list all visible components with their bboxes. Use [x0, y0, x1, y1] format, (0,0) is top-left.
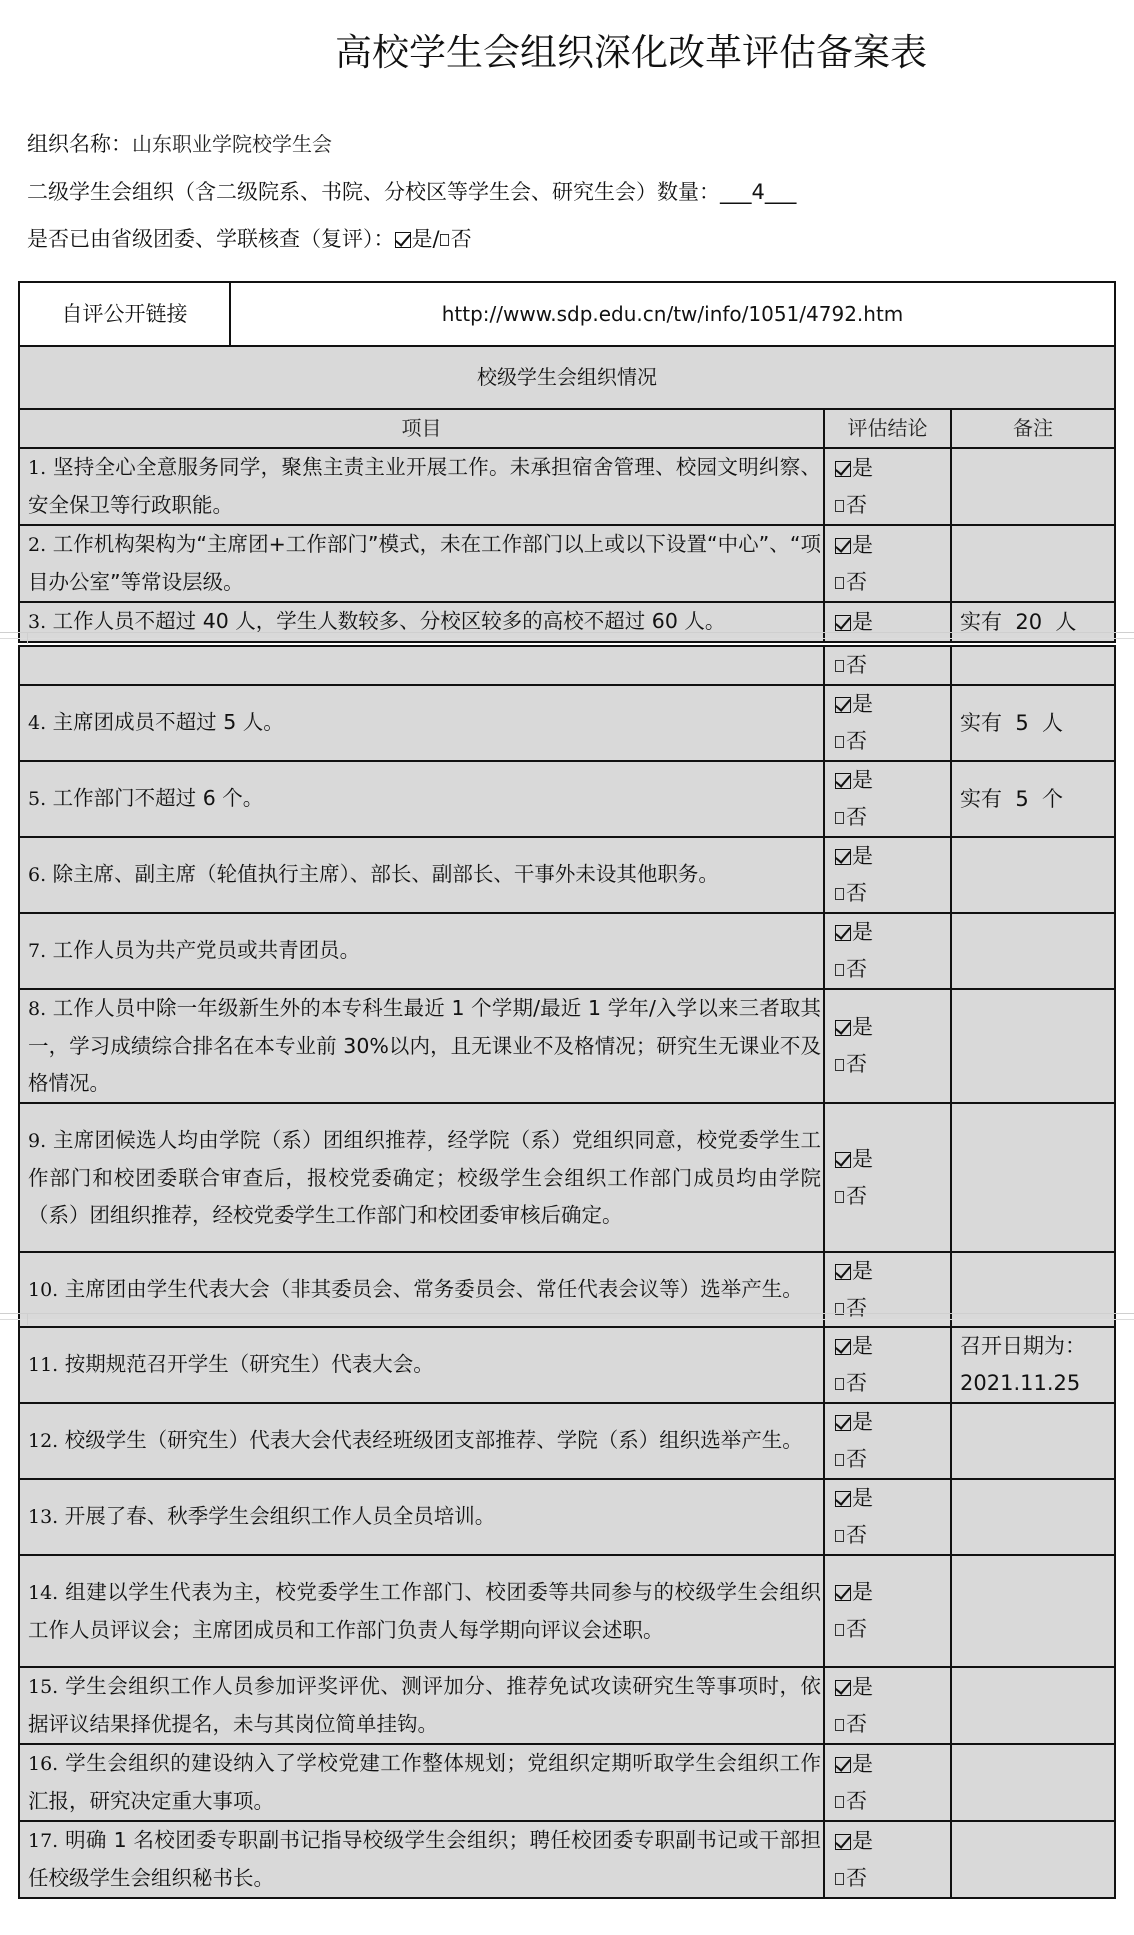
no-checkbox-empty-icon[interactable]	[835, 736, 844, 748]
item-eval: 是 否	[824, 525, 951, 602]
item-eval: 否	[824, 646, 951, 685]
item-description: 校级学生（研究生）代表大会代表经班级团支部推荐、学院（系）组织选举产生。	[65, 1428, 803, 1452]
yes-checkbox-checked-icon[interactable]	[835, 461, 851, 477]
table-row-item-12: 12. 校级学生（研究生）代表大会代表经班级团支部推荐、学院（系）组织选举产生。…	[19, 1403, 1115, 1479]
item-description: 学生会组织的建设纳入了学校党建工作整体规划；党组织定期听取学生会组织工作汇报，研…	[28, 1751, 821, 1813]
item-note	[951, 1744, 1115, 1821]
link-url[interactable]: http://www.sdp.edu.cn/tw/info/1051/4792.…	[230, 282, 1115, 346]
item-eval: 是 否	[824, 761, 951, 837]
item-text: 6. 除主席、副主席（轮值执行主席）、部长、副部长、干事外未设其他职务。	[19, 837, 824, 913]
item-text: 12. 校级学生（研究生）代表大会代表经班级团支部推荐、学院（系）组织选举产生。	[19, 1403, 824, 1479]
item-number: 10.	[28, 1279, 58, 1301]
yes-label: 是	[852, 1410, 873, 1434]
item-number: 14.	[28, 1582, 58, 1604]
table-row-item-15: 15. 学生会组织工作人员参加评奖评优、测评加分、推荐免试攻读研究生等事项时，依…	[19, 1667, 1115, 1744]
item-note: 实有 5 人	[951, 685, 1115, 761]
item-eval: 是 否	[824, 1479, 951, 1555]
no-checkbox-empty-icon[interactable]	[835, 1454, 844, 1466]
no-label: 否	[846, 1617, 867, 1641]
no-label: 否	[846, 1866, 867, 1890]
evaluation-table-page2: 否 4. 主席团成员不超过 5 人。 是 否 实有 5 人 5. 工作部门不超过…	[18, 645, 1116, 1329]
table-row-item-8: 8. 工作人员中除一年级新生外的本专科生最近 1 个学期/最近 1 学年/入学以…	[19, 989, 1115, 1103]
org-name-line: 组织名称：山东职业学院校学生会	[27, 128, 332, 158]
no-label: 否	[846, 805, 867, 829]
yes-label: 是	[852, 920, 873, 944]
yes-checkbox-checked-icon[interactable]	[835, 1339, 851, 1355]
item-note	[951, 1821, 1115, 1898]
no-checkbox-empty-icon[interactable]	[835, 1624, 844, 1636]
table-row-item-11: 11. 按期规范召开学生（研究生）代表大会。 是 否 召开日期为： 2021.1…	[19, 1327, 1115, 1403]
table-row-item-14: 14. 组建以学生代表为主，校党委学生工作部门、校团委等共同参与的校级学生会组织…	[19, 1555, 1115, 1667]
secondary-count-value: 4	[752, 180, 765, 204]
yes-checkbox-checked-icon[interactable]	[835, 1415, 851, 1431]
no-checkbox-empty-icon[interactable]	[835, 888, 844, 900]
yes-label: 是	[852, 1752, 873, 1776]
yes-checkbox-checked-icon[interactable]	[835, 1020, 851, 1036]
no-checkbox-empty-icon[interactable]	[835, 500, 844, 512]
item-description: 按期规范召开学生（研究生）代表大会。	[65, 1352, 434, 1376]
yes-checkbox-checked-icon[interactable]	[835, 1491, 851, 1507]
item-number: 5.	[28, 788, 46, 810]
link-label: 自评公开链接	[19, 282, 230, 346]
no-label: 否	[846, 1052, 867, 1076]
secondary-count-blank-left: ___	[720, 180, 752, 204]
header-eval: 评估结论	[824, 409, 951, 448]
table-row-item-16: 16. 学生会组织的建设纳入了学校党建工作整体规划；党组织定期听取学生会组织工作…	[19, 1744, 1115, 1821]
item-eval: 是 否	[824, 1403, 951, 1479]
no-checkbox-empty-icon[interactable]	[835, 660, 844, 672]
item-note	[951, 989, 1115, 1103]
yes-checkbox-checked-icon[interactable]	[835, 1585, 851, 1601]
yes-checkbox-checked-icon[interactable]	[835, 1152, 851, 1168]
item-text: 9. 主席团候选人均由学院（系）团组织推荐，经学院（系）党组织同意，校党委学生工…	[19, 1103, 824, 1252]
yes-checkbox-checked-icon[interactable]	[835, 1680, 851, 1696]
header-item: 项目	[19, 409, 824, 448]
item-description: 工作人员不超过 40 人，学生人数较多、分校区较多的高校不超过 60 人。	[53, 609, 726, 633]
no-checkbox-empty-icon[interactable]	[835, 1378, 844, 1390]
item-eval: 是 否	[824, 1744, 951, 1821]
table-row-item-4: 4. 主席团成员不超过 5 人。 是 否 实有 5 人	[19, 685, 1115, 761]
item-note	[951, 646, 1115, 685]
no-label: 否	[846, 1447, 867, 1471]
item-description: 工作部门不超过 6 个。	[53, 786, 264, 810]
item-text-continued	[19, 646, 824, 685]
item-text: 4. 主席团成员不超过 5 人。	[19, 685, 824, 761]
no-label: 否	[846, 729, 867, 753]
item-eval: 是 否	[824, 913, 951, 989]
no-checkbox-empty-icon[interactable]	[835, 1873, 844, 1885]
item-number: 17.	[28, 1830, 58, 1852]
no-checkbox-empty-icon[interactable]	[835, 1719, 844, 1731]
item-number: 15.	[28, 1676, 58, 1698]
yes-checkbox-checked-icon[interactable]	[835, 538, 851, 554]
item-text: 8. 工作人员中除一年级新生外的本专科生最近 1 个学期/最近 1 学年/入学以…	[19, 989, 824, 1103]
item-number: 7.	[28, 940, 46, 962]
table-row-item-17: 17. 明确 1 名校团委专职副书记指导校级学生会组织；聘任校团委专职副书记或干…	[19, 1821, 1115, 1898]
yes-label: 是	[852, 844, 873, 868]
table-row-item-13: 13. 开展了春、秋季学生会组织工作人员全员培训。 是 否	[19, 1479, 1115, 1555]
section-title: 校级学生会组织情况	[19, 346, 1115, 409]
yes-label: 是	[852, 1147, 873, 1171]
yes-label: 是	[852, 1829, 873, 1853]
item-note	[951, 1667, 1115, 1744]
item-description: 学生会组织工作人员参加评奖评优、测评加分、推荐免试攻读研究生等事项时，依据评议结…	[28, 1674, 821, 1736]
no-label: 否	[846, 957, 867, 981]
no-checkbox-empty-icon[interactable]	[835, 1191, 844, 1203]
yes-label: 是	[852, 1580, 873, 1604]
item-text: 1. 坚持全心全意服务同学，聚焦主责主业开展工作。未承担宿舍管理、校园文明纠察、…	[19, 448, 824, 525]
review-yes-checkbox-checked-icon[interactable]	[395, 232, 411, 248]
evaluation-table-page1: 自评公开链接 http://www.sdp.edu.cn/tw/info/105…	[18, 281, 1116, 643]
yes-checkbox-checked-icon[interactable]	[835, 849, 851, 865]
yes-checkbox-checked-icon[interactable]	[835, 1264, 851, 1280]
review-yes-label: 是	[412, 227, 433, 251]
review-label: 是否已由省级团委、学联核查（复评）：	[27, 227, 395, 251]
yes-label: 是	[852, 1486, 873, 1510]
item-text: 5. 工作部门不超过 6 个。	[19, 761, 824, 837]
header-note: 备注	[951, 409, 1115, 448]
item-note	[951, 1403, 1115, 1479]
item-description: 工作人员中除一年级新生外的本专科生最近 1 个学期/最近 1 学年/入学以来三者…	[28, 996, 821, 1095]
item-number: 12.	[28, 1430, 58, 1452]
no-checkbox-empty-icon[interactable]	[835, 812, 844, 824]
item-description: 开展了春、秋季学生会组织工作人员全员培训。	[65, 1504, 496, 1528]
item-note	[951, 913, 1115, 989]
table-row-item-5: 5. 工作部门不超过 6 个。 是 否 实有 5 个	[19, 761, 1115, 837]
item-number: 13.	[28, 1506, 58, 1528]
item-number: 1.	[28, 457, 46, 479]
item-description: 主席团成员不超过 5 人。	[53, 710, 284, 734]
item-note: 召开日期为： 2021.11.25	[951, 1327, 1115, 1403]
yes-label: 是	[852, 1259, 873, 1283]
item-description: 主席团候选人均由学院（系）团组织推荐，经学院（系）党组织同意，校党委学生工作部门…	[28, 1128, 821, 1227]
page-break-separator	[0, 632, 1134, 644]
item-note	[951, 1479, 1115, 1555]
yes-label: 是	[852, 1015, 873, 1039]
secondary-count-label: 二级学生会组织（含二级院系、书院、分校区等学生会、研究生会）数量：	[27, 180, 720, 204]
item-number: 9.	[28, 1130, 46, 1152]
no-label: 否	[846, 1523, 867, 1547]
item-text: 14. 组建以学生代表为主，校党委学生工作部门、校团委等共同参与的校级学生会组织…	[19, 1555, 824, 1667]
table-row-item-1: 1. 坚持全心全意服务同学，聚焦主责主业开展工作。未承担宿舍管理、校园文明纠察、…	[19, 448, 1115, 525]
item-note: 实有 5 个	[951, 761, 1115, 837]
page-break-separator	[0, 1313, 1134, 1325]
item-note	[951, 1555, 1115, 1667]
no-checkbox-empty-icon[interactable]	[835, 577, 844, 589]
item-note	[951, 837, 1115, 913]
item-eval: 是 否	[824, 1555, 951, 1667]
yes-label: 是	[852, 768, 873, 792]
item-number: 6.	[28, 864, 46, 886]
no-label: 否	[846, 653, 867, 677]
item-number: 8.	[28, 998, 46, 1020]
item-text: 7. 工作人员为共产党员或共青团员。	[19, 913, 824, 989]
no-label: 否	[846, 493, 867, 517]
item-description: 明确 1 名校团委专职副书记指导校级学生会组织；聘任校团委专职副书记或干部担任校…	[28, 1828, 821, 1890]
no-label: 否	[846, 1184, 867, 1208]
no-checkbox-empty-icon[interactable]	[835, 1530, 844, 1542]
item-description: 工作机构架构为“主席团+工作部门”模式，未在工作部门以上或以下设置“中心”、“项…	[28, 532, 821, 594]
yes-checkbox-checked-icon[interactable]	[835, 1834, 851, 1850]
item-text: 13. 开展了春、秋季学生会组织工作人员全员培训。	[19, 1479, 824, 1555]
item-number: 11.	[28, 1354, 58, 1376]
no-checkbox-empty-icon[interactable]	[835, 1796, 844, 1808]
item-eval: 是 否	[824, 1103, 951, 1252]
link-row: 自评公开链接 http://www.sdp.edu.cn/tw/info/105…	[19, 282, 1115, 346]
evaluation-table-page3: 11. 按期规范召开学生（研究生）代表大会。 是 否 召开日期为： 2021.1…	[18, 1326, 1116, 1899]
meeting-date-value: 2021.11.25	[960, 1365, 1108, 1402]
yes-label: 是	[852, 533, 873, 557]
item-eval: 是 否	[824, 448, 951, 525]
yes-label: 是	[852, 1675, 873, 1699]
item-eval: 是 否	[824, 685, 951, 761]
document-title: 高校学生会组织深化改革评估备案表	[0, 22, 1134, 76]
no-checkbox-empty-icon[interactable]	[835, 964, 844, 976]
item-text: 17. 明确 1 名校团委专职副书记指导校级学生会组织；聘任校团委专职副书记或干…	[19, 1821, 824, 1898]
item-eval: 是 否	[824, 989, 951, 1103]
item-text: 2. 工作机构架构为“主席团+工作部门”模式，未在工作部门以上或以下设置“中心”…	[19, 525, 824, 602]
item-description: 除主席、副主席（轮值执行主席）、部长、副部长、干事外未设其他职务。	[53, 862, 719, 886]
item-eval: 是 否	[824, 1667, 951, 1744]
org-name-value: 山东职业学院校学生会	[132, 132, 332, 156]
item-eval: 是 否	[824, 1327, 951, 1403]
item-note	[951, 1103, 1115, 1252]
item-eval: 是 否	[824, 837, 951, 913]
yes-label: 是	[852, 692, 873, 716]
yes-checkbox-checked-icon[interactable]	[835, 925, 851, 941]
item-note	[951, 525, 1115, 602]
no-label: 否	[846, 1712, 867, 1736]
item-text: 16. 学生会组织的建设纳入了学校党建工作整体规划；党组织定期听取学生会组织工作…	[19, 1744, 824, 1821]
yes-checkbox-checked-icon[interactable]	[835, 615, 851, 631]
meeting-date-label: 召开日期为：	[960, 1328, 1108, 1365]
table-row-item-3-continued: 否	[19, 646, 1115, 685]
item-number: 3.	[28, 611, 46, 633]
table-row-item-7: 7. 工作人员为共产党员或共青团员。 是 否	[19, 913, 1115, 989]
item-text: 11. 按期规范召开学生（研究生）代表大会。	[19, 1327, 824, 1403]
yes-checkbox-checked-icon[interactable]	[835, 1757, 851, 1773]
review-line: 是否已由省级团委、学联核查（复评）：是/否	[27, 223, 472, 253]
item-description: 坚持全心全意服务同学，聚焦主责主业开展工作。未承担宿舍管理、校园文明纠察、安全保…	[28, 455, 821, 517]
table-row-item-9: 9. 主席团候选人均由学院（系）团组织推荐，经学院（系）党组织同意，校党委学生工…	[19, 1103, 1115, 1252]
secondary-count-blank-right: ___	[765, 180, 797, 204]
item-eval: 是 否	[824, 1821, 951, 1898]
yes-checkbox-checked-icon[interactable]	[835, 697, 851, 713]
secondary-count-line: 二级学生会组织（含二级院系、书院、分校区等学生会、研究生会）数量：___4___	[27, 176, 796, 206]
no-label: 否	[846, 1789, 867, 1813]
item-number: 4.	[28, 712, 46, 734]
section-title-row: 校级学生会组织情况	[19, 346, 1115, 409]
item-note	[951, 448, 1115, 525]
item-number: 2.	[28, 534, 46, 556]
yes-checkbox-checked-icon[interactable]	[835, 773, 851, 789]
no-checkbox-empty-icon[interactable]	[835, 1059, 844, 1071]
item-text: 15. 学生会组织工作人员参加评奖评优、测评加分、推荐免试攻读研究生等事项时，依…	[19, 1667, 824, 1744]
yes-label: 是	[852, 610, 873, 634]
org-name-label: 组织名称：	[27, 132, 132, 156]
no-label: 否	[846, 881, 867, 905]
table-row-item-6: 6. 除主席、副主席（轮值执行主席）、部长、副部长、干事外未设其他职务。 是 否	[19, 837, 1115, 913]
table-row-item-2: 2. 工作机构架构为“主席团+工作部门”模式，未在工作部门以上或以下设置“中心”…	[19, 525, 1115, 602]
review-no-label: 否	[451, 227, 472, 251]
item-number: 16.	[28, 1753, 58, 1775]
no-label: 否	[846, 570, 867, 594]
review-separator: /	[433, 227, 440, 251]
review-no-checkbox-empty-icon[interactable]	[440, 234, 449, 246]
item-description: 工作人员为共产党员或共青团员。	[53, 938, 361, 962]
header-row: 项目 评估结论 备注	[19, 409, 1115, 448]
yes-label: 是	[852, 456, 873, 480]
item-description: 主席团由学生代表大会（非其委员会、常务委员会、常任代表会议等）选举产生。	[65, 1277, 803, 1301]
yes-label: 是	[852, 1334, 873, 1358]
no-label: 否	[846, 1371, 867, 1395]
item-description: 组建以学生代表为主，校党委学生工作部门、校团委等共同参与的校级学生会组织工作人员…	[28, 1580, 821, 1642]
